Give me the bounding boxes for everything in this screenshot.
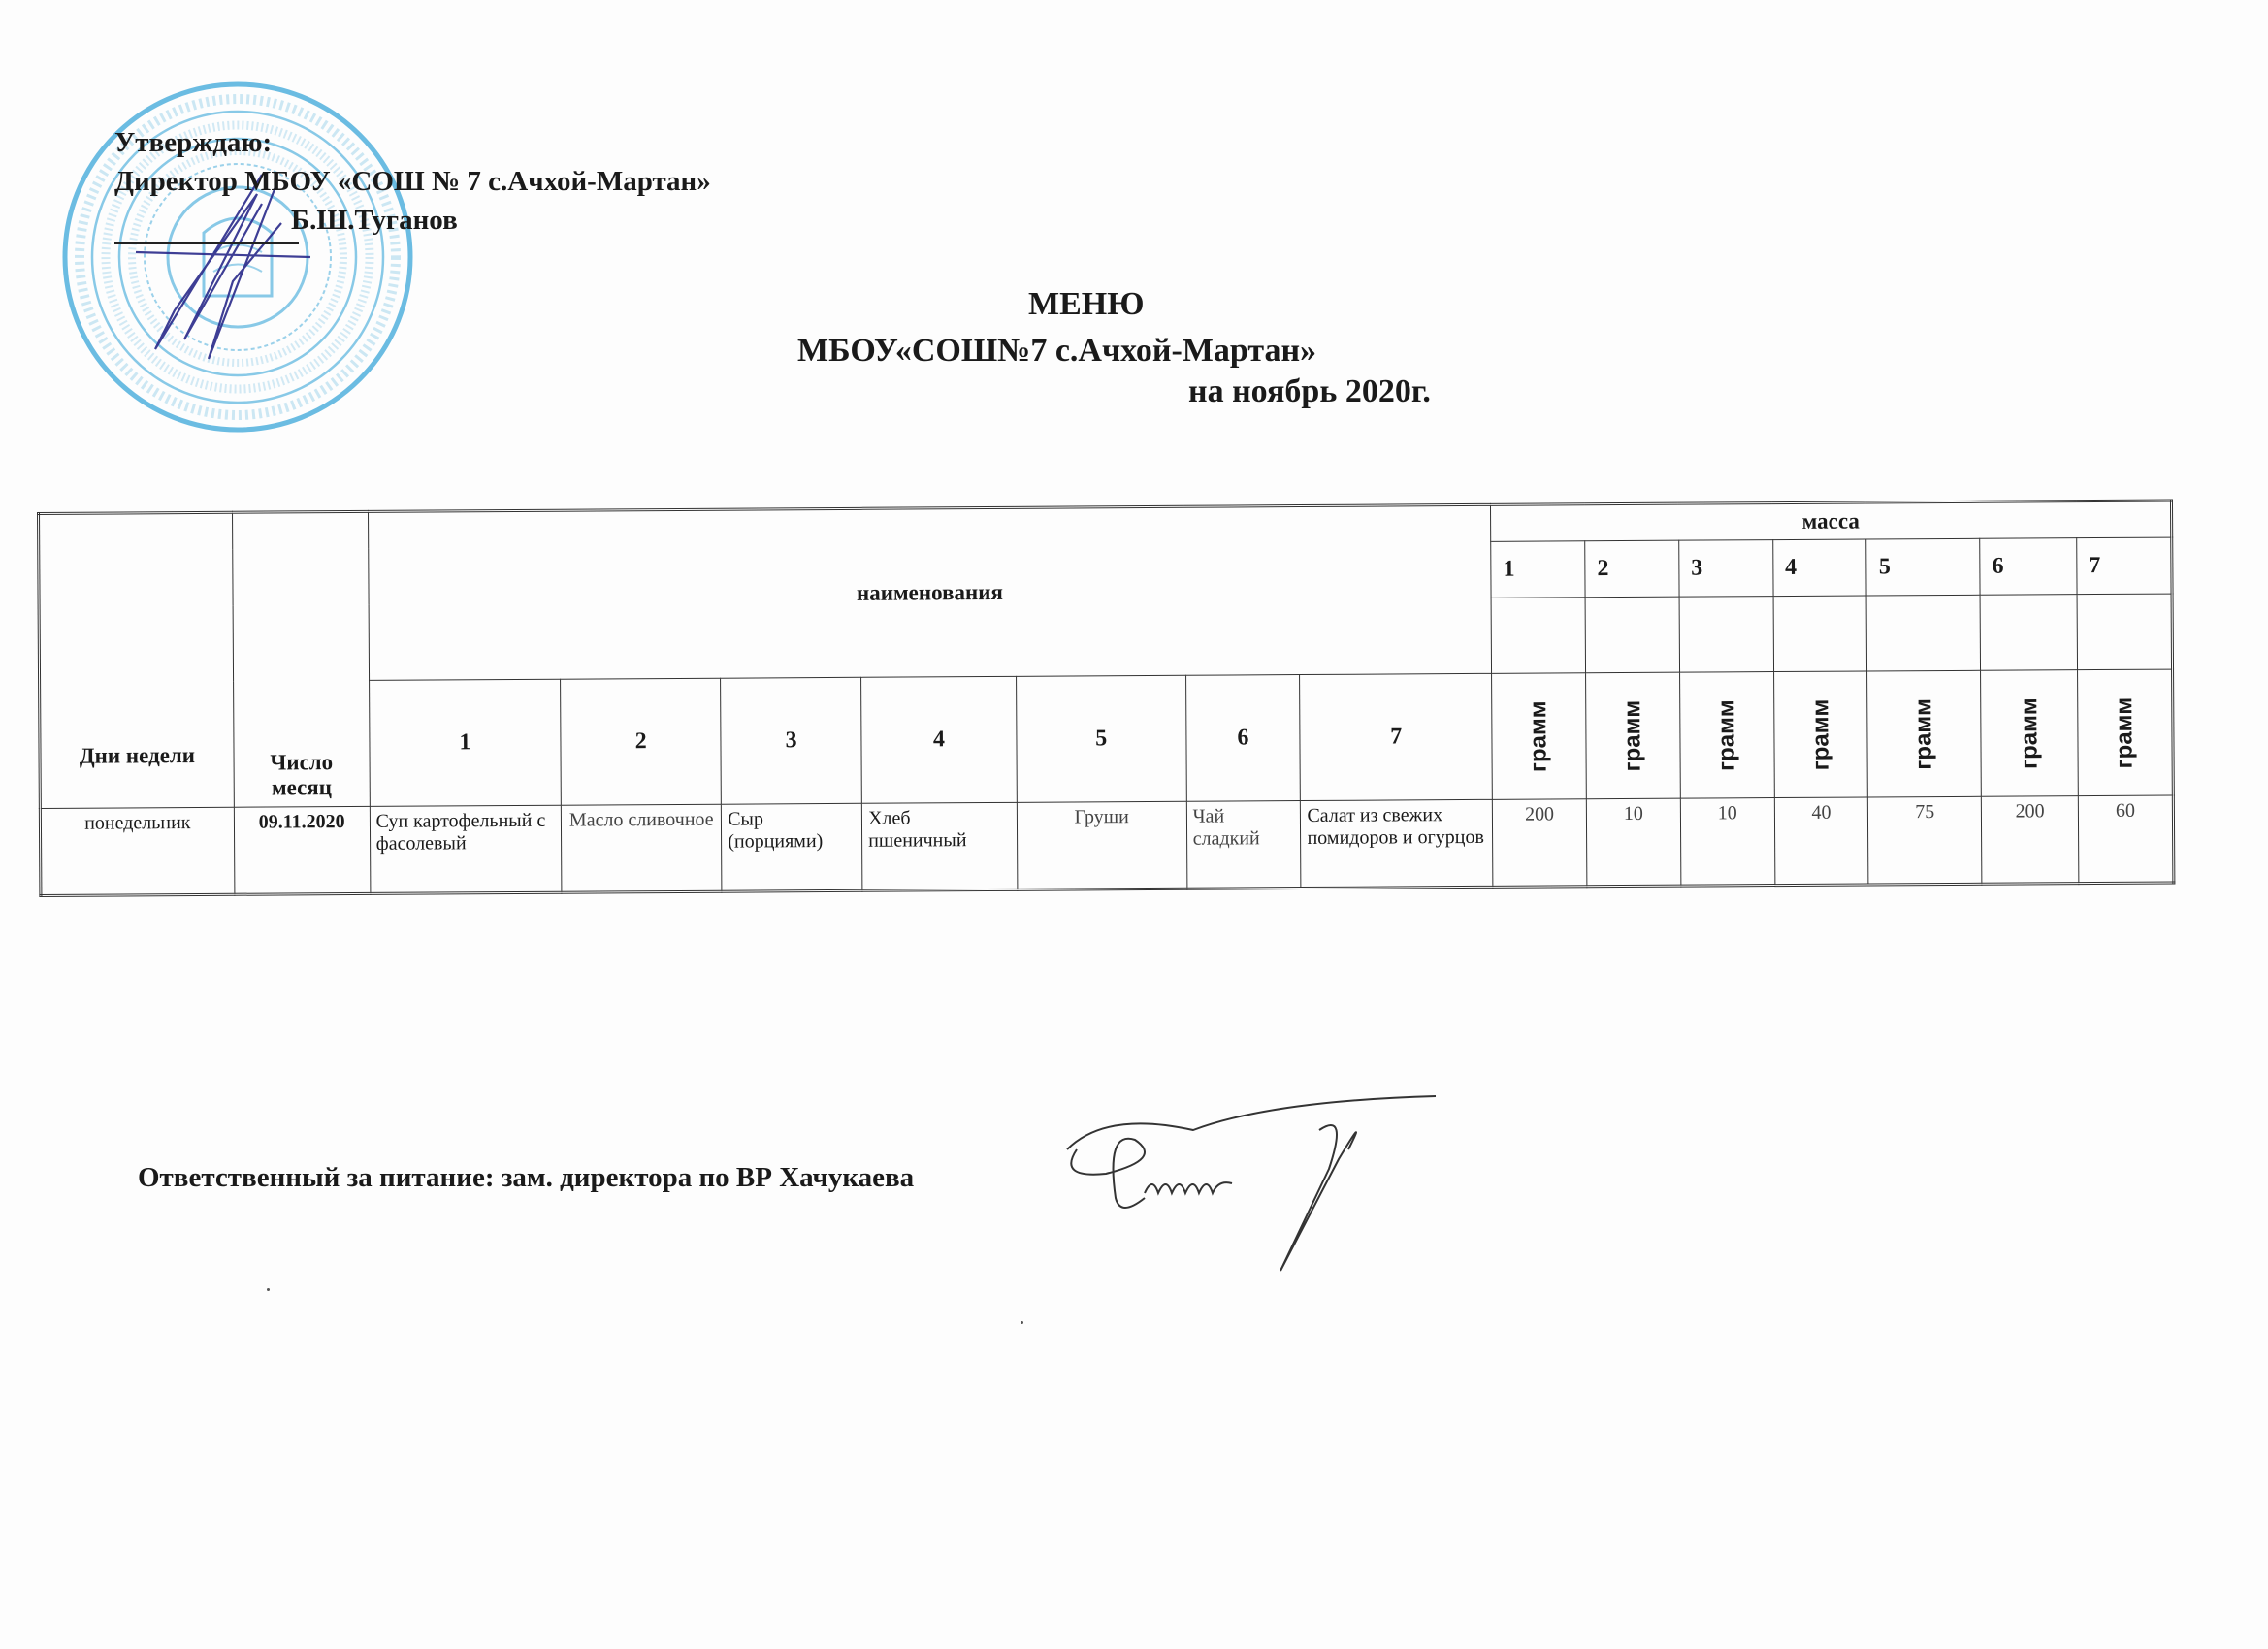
row-mass-7: 60 xyxy=(2078,795,2174,884)
row-mass-6: 200 xyxy=(1982,796,2079,885)
name-col-6: 6 xyxy=(1185,675,1301,802)
mass-unit-5: грамм xyxy=(1867,670,1982,797)
mass-unit-2: грамм xyxy=(1586,672,1681,799)
approval-label: Утверждаю: xyxy=(114,126,272,160)
mass-blank-4 xyxy=(1773,596,1867,672)
row-date: 09.11.2020 xyxy=(234,806,370,894)
mass-unit-6: грамм xyxy=(1981,670,2079,797)
row-mass-4: 40 xyxy=(1774,797,1868,886)
mass-unit-label: грамм xyxy=(1619,700,1646,772)
row-mass-2: 10 xyxy=(1586,798,1680,887)
row-mass-3: 10 xyxy=(1680,798,1774,887)
mass-unit-label: грамм xyxy=(1911,698,1938,770)
header-mass: масса xyxy=(1491,501,2172,541)
mass-blank-1 xyxy=(1491,598,1585,674)
row-item-5: Груши xyxy=(1017,801,1186,889)
mass-unit-label: грамм xyxy=(1807,698,1834,770)
row-mass-1: 200 xyxy=(1493,799,1587,888)
page-title: МЕНЮ xyxy=(1028,286,1145,323)
row-mass-5: 75 xyxy=(1868,796,1982,885)
row-item-1: Суп картофельный с фасолевый xyxy=(370,805,562,893)
mass-blank-3 xyxy=(1679,597,1773,673)
name-col-4: 4 xyxy=(861,676,1018,803)
header-day: Дни недели xyxy=(39,512,235,808)
signature-line xyxy=(114,242,299,244)
mass-unit-3: грамм xyxy=(1679,672,1774,799)
row-item-4: Хлеб пшеничный xyxy=(861,802,1017,890)
row-item-6: Чай сладкий xyxy=(1186,801,1301,889)
mass-col-1: 1 xyxy=(1491,541,1585,598)
approval-director: Директор МБОУ «СОШ № 7 с.Ачхой-Мартан» xyxy=(114,165,711,199)
row-day: понедельник xyxy=(40,807,234,895)
mass-blank-2 xyxy=(1585,597,1679,673)
responsible-person: Ответственный за питание: зам. директора… xyxy=(138,1162,914,1194)
menu-period: на ноябрь 2020г. xyxy=(1188,373,1431,410)
row-item-2: Масло сливочное xyxy=(562,804,722,892)
name-col-7: 7 xyxy=(1300,673,1492,800)
mass-unit-7: грамм xyxy=(2078,669,2174,796)
name-col-1: 1 xyxy=(369,679,562,806)
mass-unit-label: грамм xyxy=(2016,697,2043,769)
handwritten-signature-icon xyxy=(1048,1091,1455,1285)
mass-blank-6 xyxy=(1980,595,2077,671)
header-names: наименования xyxy=(368,504,1492,680)
row-item-7: Салат из свежих помидоров и огурцов xyxy=(1301,799,1493,888)
header-date: Число месяц xyxy=(232,511,370,807)
mass-col-4: 4 xyxy=(1772,539,1866,597)
row-item-3: Сыр (порциями) xyxy=(722,803,862,891)
mass-unit-4: грамм xyxy=(1773,671,1868,798)
mass-col-6: 6 xyxy=(1980,538,2077,596)
mass-col-5: 5 xyxy=(1866,538,1980,596)
name-col-5: 5 xyxy=(1017,675,1186,802)
mass-blank-7 xyxy=(2077,594,2172,670)
mass-col-7: 7 xyxy=(2077,537,2172,595)
name-col-2: 2 xyxy=(561,678,722,805)
mass-unit-label: грамм xyxy=(1525,700,1552,772)
mass-unit-1: грамм xyxy=(1492,673,1587,800)
approval-director-name: Б.Ш.Туганов xyxy=(291,204,458,238)
menu-table: Дни недели Число месяц наименования масс… xyxy=(37,500,2175,897)
scan-speck xyxy=(1021,1321,1023,1324)
mass-unit-label: грамм xyxy=(1713,699,1740,771)
mass-blank-5 xyxy=(1867,595,1981,671)
table-row: понедельник 09.11.2020 Суп картофельный … xyxy=(40,795,2174,895)
mass-col-3: 3 xyxy=(1679,540,1773,598)
scan-speck xyxy=(267,1288,270,1291)
school-name: МБОУ«СОШ№7 с.Ачхой-Мартан» xyxy=(797,333,1316,370)
mass-unit-label: грамм xyxy=(2111,697,2138,769)
mass-col-2: 2 xyxy=(1585,540,1679,598)
name-col-3: 3 xyxy=(721,677,862,804)
